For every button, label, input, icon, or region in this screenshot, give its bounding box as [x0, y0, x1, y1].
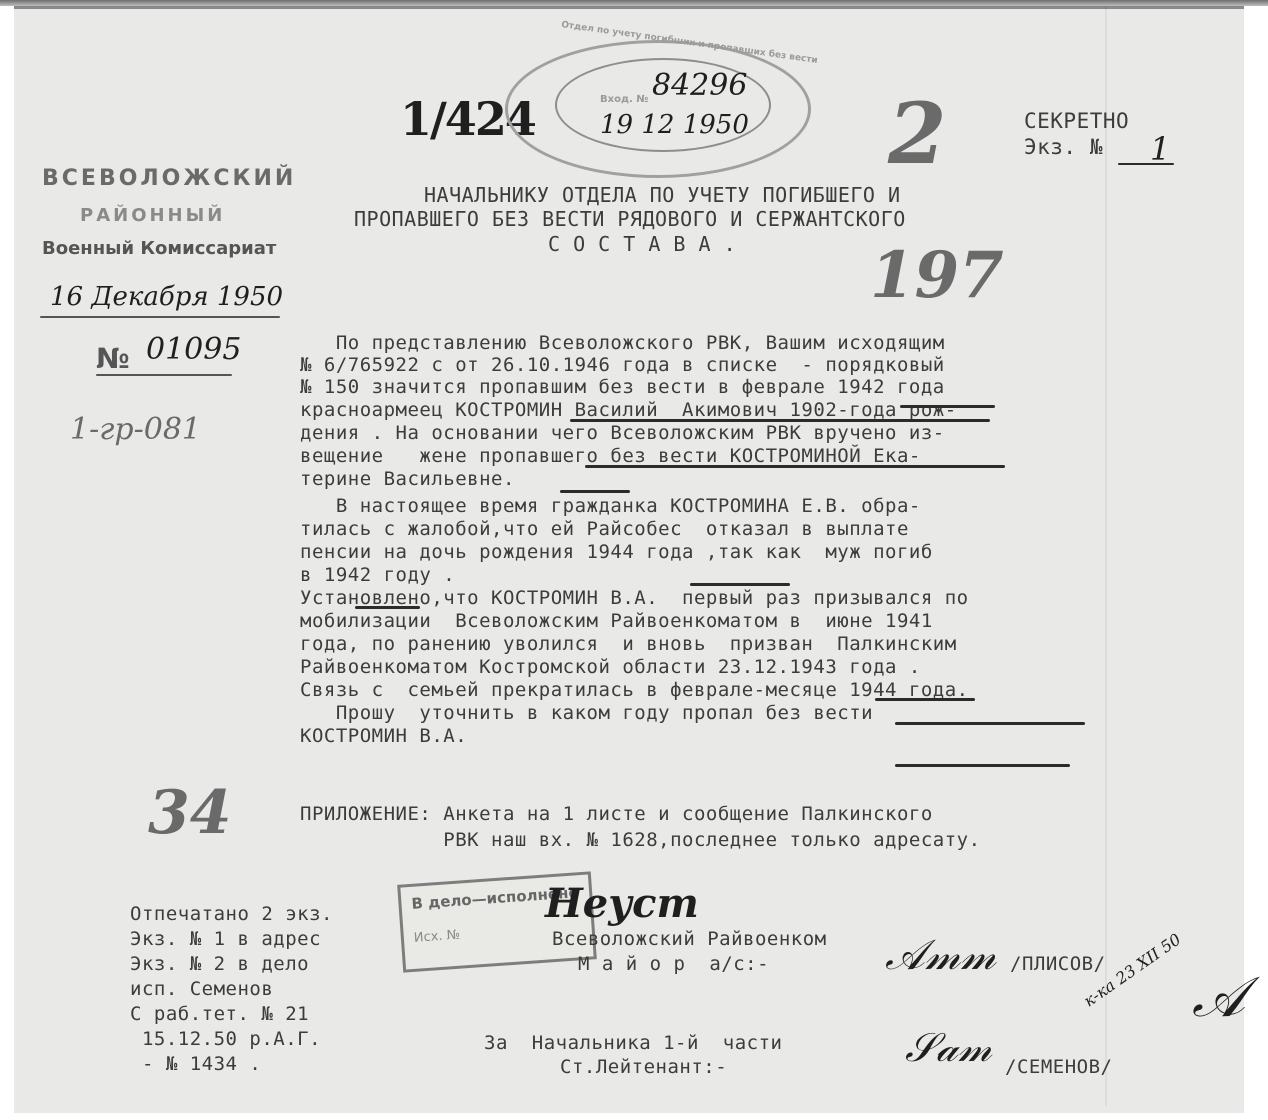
underline-mark [875, 698, 975, 701]
corner-number-handwritten: 2 [888, 84, 946, 183]
addressee-line-3: С О С Т А В А . [548, 235, 736, 254]
addressee-line-1: НАЧАЛЬНИКУ ОТДЕЛА ПО УЧЕТУ ПОГИБШЕГО И [424, 186, 901, 205]
sender-date-underline [40, 316, 280, 318]
deputy-title: За Начальника 1-й части [484, 1034, 782, 1053]
page-mark-handwritten: 34 [148, 778, 232, 848]
filing-stamp-line2: Исх. № [413, 928, 460, 946]
body-line: дения . На основании чего Всеволожским Р… [300, 424, 945, 443]
initials-handwritten: 𝒜 [1192, 965, 1245, 1031]
footer-line: - № 1434 . [130, 1055, 261, 1074]
footer-line: Экз. № 2 в дело [130, 955, 309, 974]
underline-mark [895, 722, 1085, 725]
sender-number-underline [96, 374, 232, 376]
copy-label: Экз. № [1024, 138, 1103, 157]
body-line: Райвоенкоматом Костромской области 23.12… [300, 658, 921, 677]
footer-line: исп. Семенов [130, 980, 273, 999]
footer-line: 15.12.50 р.А.Г. [130, 1030, 321, 1049]
body-line: красноармеец КОСТРОМИН Василий Акимович … [300, 401, 957, 420]
underline-mark [355, 606, 420, 609]
underline-mark [895, 764, 1070, 767]
underline-mark [570, 419, 990, 422]
received-stamp-label: Вход. № [600, 94, 648, 105]
body-line: пенсии на дочь рождения 1944 года ,так к… [300, 543, 933, 562]
body-line: № 150 значится пропавшим без вести в фев… [300, 378, 945, 397]
commissar-signature: 𝒜𝓂𝓂 [885, 930, 996, 980]
addressee-line-2: ПРОПАВШЕГО БЕЗ ВЕСТИ РЯДОВОГО И СЕРЖАНТС… [354, 210, 906, 229]
sender-date-handwritten: 16 Декабря 1950 [50, 282, 283, 312]
commissar-title: Всеволожский Райвоенком [552, 930, 827, 949]
sheet-number-handwritten: 197 [870, 238, 1004, 313]
body-line: тилась с жалобой,что ей Райсобес отказал… [300, 520, 909, 539]
copy-number-underline [1118, 163, 1174, 165]
received-number-handwritten: 84296 [652, 68, 747, 103]
attachment-line-1: ПРИЛОЖЕНИЕ: Анкета на 1 листе и сообщени… [300, 805, 933, 824]
commissar-rank: М а й о р а/с:- [578, 955, 769, 974]
body-line: В настоящее время гражданка КОСТРОМИНА Е… [300, 497, 921, 516]
body-line: № 6/765922 с от 26.10.1946 года в списке… [300, 356, 945, 375]
received-date-handwritten: 19 12 1950 [600, 110, 749, 140]
body-line: КОСТРОМИН В.А. [300, 727, 467, 746]
sender-stamp-line2: РАЙОННЫЙ [80, 205, 225, 226]
deputy-signature: 𝒮𝒶𝓂 [905, 1025, 992, 1071]
footer-line: Отпечатано 2 экз. [130, 905, 333, 924]
body-line: года, по ранению уволился и вновь призва… [300, 635, 957, 654]
body-line: Прошу уточнить в каком году пропал без в… [300, 704, 873, 723]
footer-line: С раб.тет. № 21 [130, 1005, 309, 1024]
body-line: мобилизации Всеволожским Райвоенкоматом … [300, 612, 933, 631]
deputy-name: /СЕМЕНОВ/ [1005, 1058, 1112, 1077]
underline-mark [560, 490, 630, 493]
resolution-handwritten: Неуст [545, 880, 699, 927]
classification-label: СЕКРЕТНО [1024, 112, 1129, 131]
body-line: По представлению Всеволожского РВК, Ваши… [300, 334, 945, 353]
underline-mark [585, 465, 1005, 468]
underline-mark [690, 583, 790, 586]
commissar-name: /ПЛИСОВ/ [1010, 955, 1106, 974]
footer-line: Экз. № 1 в адрес [130, 930, 321, 949]
attachment-line-2: РВК наш вх. № 1628,последнее только адре… [300, 831, 981, 850]
deputy-rank: Ст.Лейтенант:- [560, 1058, 727, 1077]
body-line: терине Васильевне. [300, 470, 515, 489]
sender-note-handwritten: 1-гр-081 [70, 412, 201, 447]
underline-mark [900, 405, 995, 408]
body-line: вещение жене пропавшего без вести КОСТРО… [300, 447, 921, 466]
sender-number-handwritten: 01095 [146, 332, 241, 367]
sender-stamp-line3: Военный Комиссариат [42, 238, 276, 259]
paper-fold-line [1105, 6, 1107, 1106]
body-line: в 1942 году . [300, 566, 455, 585]
sender-number-prefix: № [96, 342, 130, 375]
body-line: Связь с семьей прекратилась в феврале-ме… [300, 681, 969, 700]
sender-stamp-line1: ВСЕВОЛОЖСКИЙ [42, 166, 296, 191]
